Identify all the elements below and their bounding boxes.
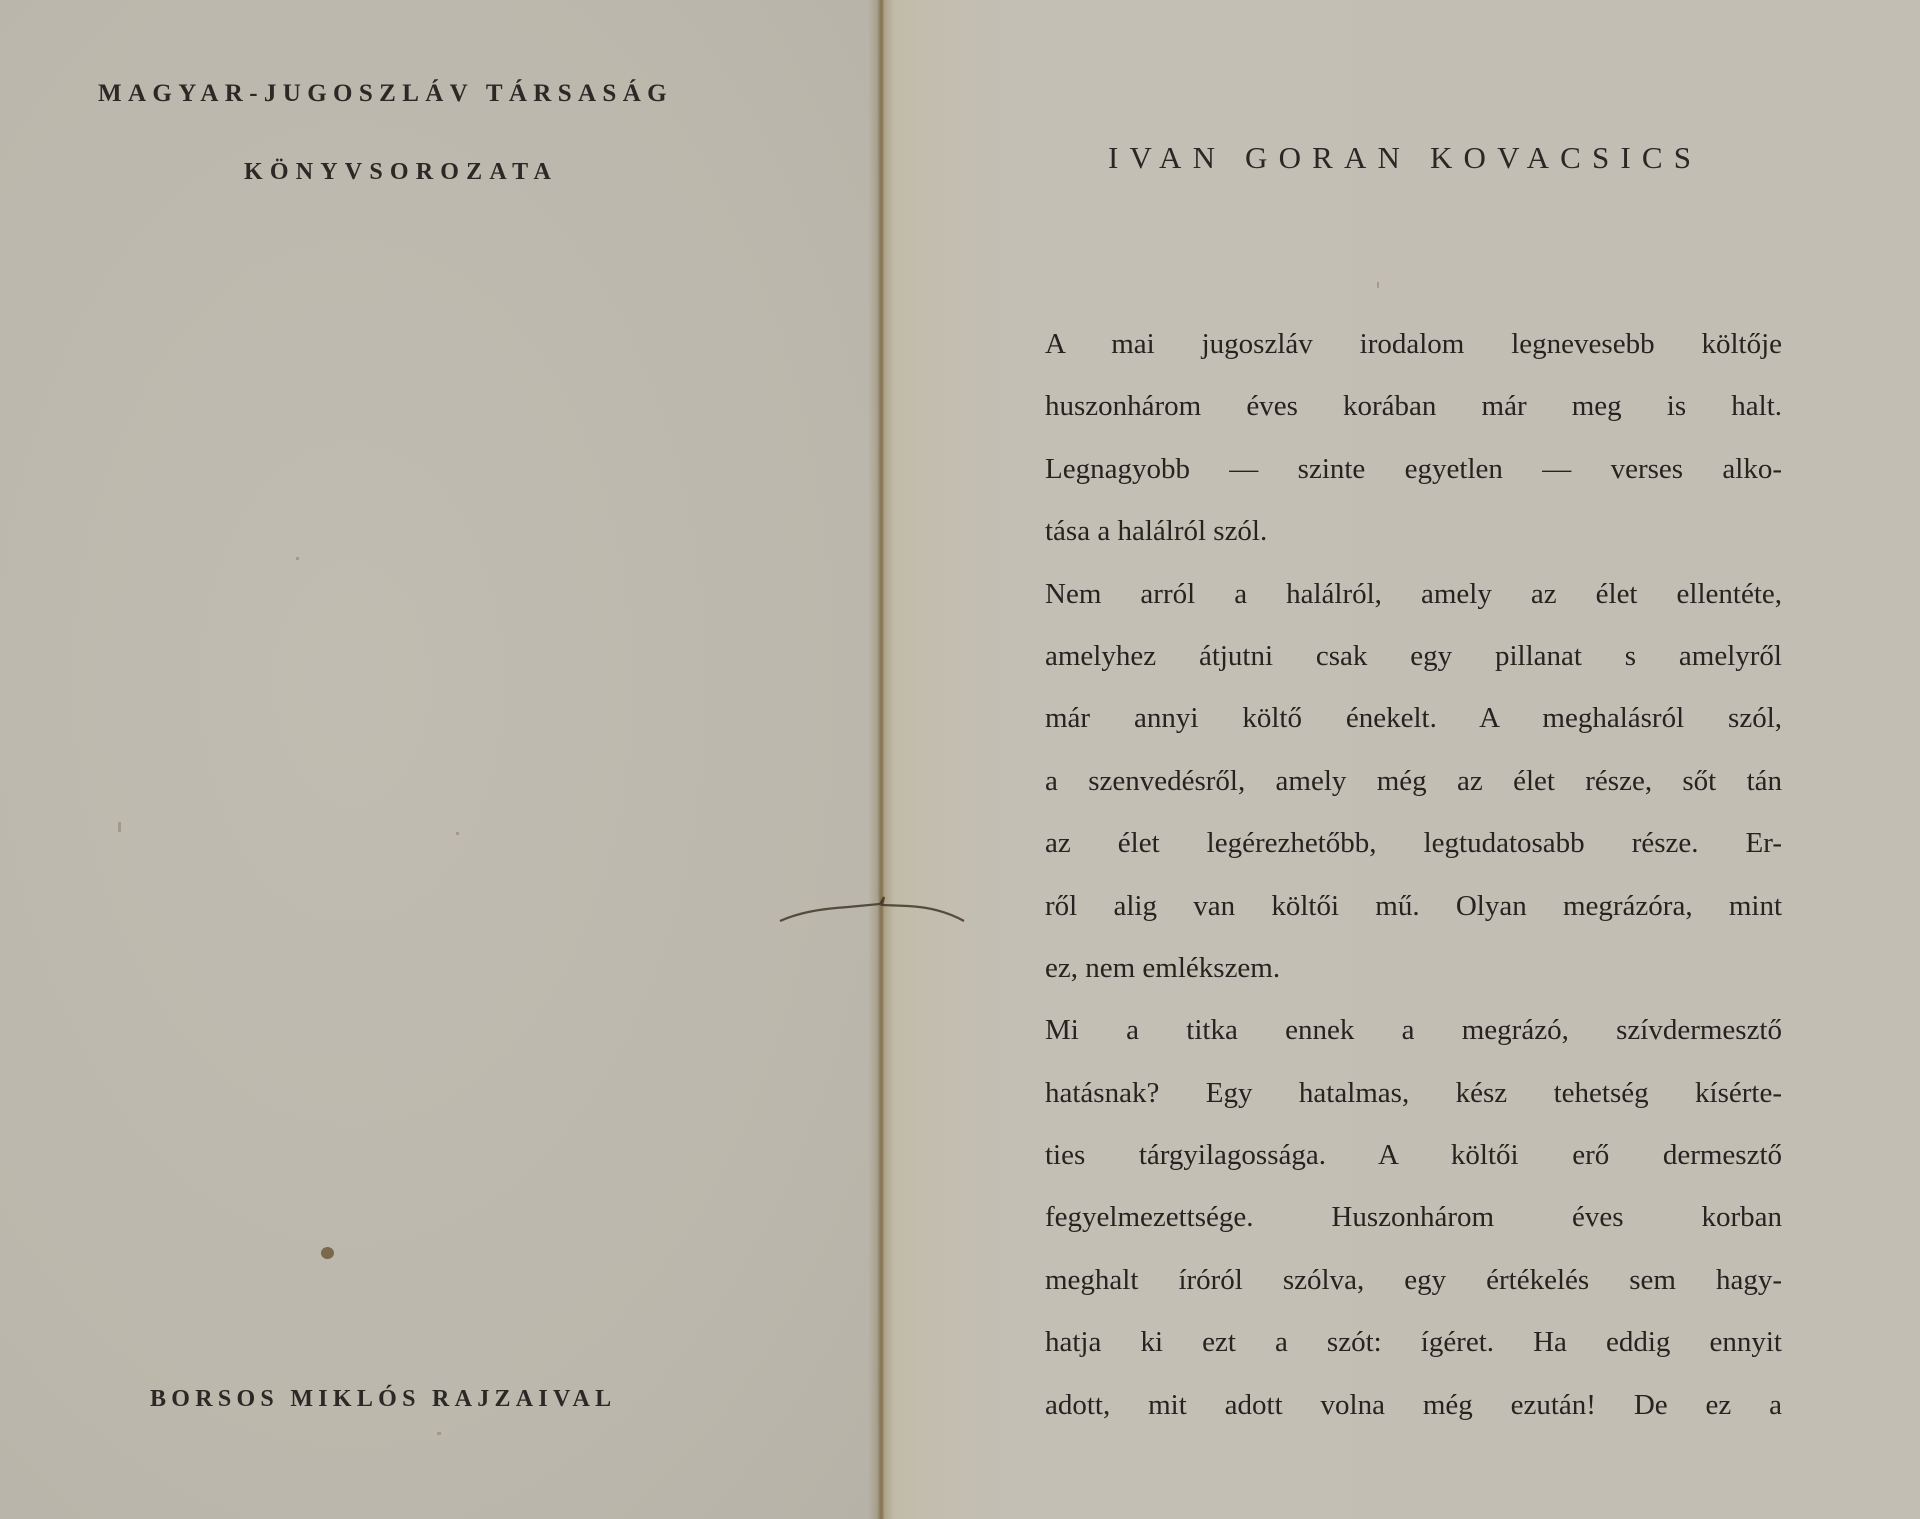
- text-line: ről alig van költői mű. Olyan megrázóra,…: [1045, 875, 1782, 937]
- text-line: hatja ki ezt a szót: ígéret. Ha eddig en…: [1045, 1311, 1782, 1373]
- paper-fleck: [1377, 282, 1379, 288]
- text-line: A mai jugoszláv irodalom legnevesebb köl…: [1045, 313, 1782, 375]
- text-line: a szenvedésről, amely még az élet része,…: [1045, 750, 1782, 812]
- series-title-line1: MAGYAR-JUGOSZLÁV TÁRSASÁG: [98, 80, 673, 108]
- paper-fleck: [296, 557, 299, 560]
- series-title-line2: KÖNYVSOROZATA: [244, 159, 558, 186]
- fold-crease: [880, 0, 883, 1519]
- text-line: Mi a titka ennek a megrázó, szívdermeszt…: [1045, 999, 1782, 1061]
- paper-fleck: [456, 832, 459, 835]
- paper-tear-icon: [778, 895, 968, 925]
- text-line: Nem arról a halálról, amely az élet elle…: [1045, 563, 1782, 625]
- text-line: fegyelmezettsége. Huszonhárom éves korba…: [1045, 1186, 1782, 1248]
- author-title: IVAN GORAN KOVACSICS: [1108, 140, 1702, 176]
- text-line: Legnagyobb — szinte egyetlen — verses al…: [1045, 438, 1782, 500]
- text-line: az élet legérezhetőbb, legtudatosabb rés…: [1045, 812, 1782, 874]
- left-page: [0, 0, 880, 1519]
- text-line: ez, nem emlékszem.: [1045, 937, 1782, 999]
- illustrator-credit: BORSOS MIKLÓS RAJZAIVAL: [150, 1386, 616, 1413]
- text-line: már annyi költő énekelt. A meghalásról s…: [1045, 687, 1782, 749]
- text-line: huszonhárom éves korában már meg is halt…: [1045, 375, 1782, 437]
- text-line: amelyhez átjutni csak egy pillanat s ame…: [1045, 625, 1782, 687]
- paper-fleck: [437, 1432, 441, 1435]
- text-line: hatásnak? Egy hatalmas, kész tehetség kí…: [1045, 1062, 1782, 1124]
- paper-fleck: [118, 822, 121, 832]
- ink-spot: [321, 1247, 334, 1259]
- text-line: meghalt íróról szólva, egy értékelés sem…: [1045, 1249, 1782, 1311]
- text-line: ties tárgyilagossága. A költői erő derme…: [1045, 1124, 1782, 1186]
- body-text: A mai jugoszláv irodalom legnevesebb köl…: [1045, 313, 1782, 1436]
- text-line: adott, mit adott volna még ezután! De ez…: [1045, 1374, 1782, 1436]
- text-line: tása a halálról szól.: [1045, 500, 1782, 562]
